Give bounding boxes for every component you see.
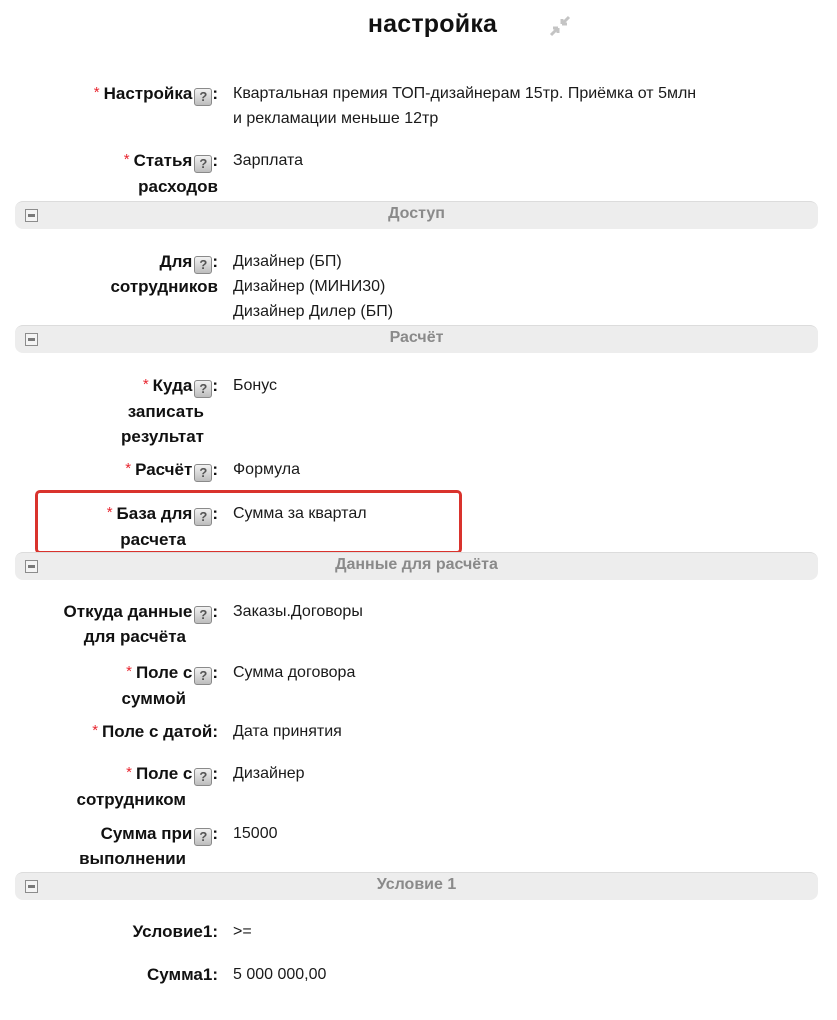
label-text: Поле с [136,663,192,682]
label-text: расходов [8,174,218,199]
label-text: Откуда данные [64,602,193,621]
help-icon[interactable]: ? [194,88,212,106]
label-text: записать [8,399,218,424]
label-text: Куда [153,376,193,395]
label-text: для расчёта [8,624,218,649]
sum-field-value: Сумма договора [233,660,813,685]
required-mark: * [92,722,98,739]
label-text: Поле с [136,764,192,783]
field-label: Сумма1: [8,962,218,987]
label-text: Поле с датой [102,722,212,741]
field-label: *Поле с?: сотрудником [8,761,218,812]
label-text: Условие1 [133,922,213,941]
expense-value: Зарплата [233,148,813,173]
required-mark: * [143,376,149,393]
label-text: Статья [134,151,193,170]
field-label: Сумма при?: выполнении [8,821,218,871]
help-icon[interactable]: ? [194,508,212,526]
help-icon[interactable]: ? [194,606,212,624]
label-text: Расчёт [135,460,192,479]
field-label: Для?: сотрудников [8,249,218,299]
field-label: *Куда?: записать результат [8,373,218,449]
value-line: и рекламации меньше 12тр [233,106,813,131]
section-header-condition-1[interactable]: Условие 1 [15,872,818,900]
label-text: расчета [8,527,218,552]
required-mark: * [125,460,131,477]
help-icon[interactable]: ? [194,256,212,274]
field-label: *Поле с?: суммой [8,660,218,711]
label-text: суммой [8,686,218,711]
label-text: результат [8,424,218,449]
label-text: Сумма1 [147,965,212,984]
result-target-value: Бонус [233,373,813,398]
employees-value: Дизайнер (БП) Дизайнер (МИНИ30) Дизайнер… [233,249,813,324]
value-line: Дизайнер (МИНИ30) [233,274,813,299]
required-mark: * [124,151,130,168]
label-text: сотрудников [8,274,218,299]
label-text: сотрудником [8,787,218,812]
label-text: выполнении [8,846,218,871]
field-label: Условие1: [8,919,218,944]
data-source-value: Заказы.Договоры [233,599,813,624]
section-header-access[interactable]: Доступ [15,201,818,229]
section-header-calculation[interactable]: Расчёт [15,325,818,353]
collapse-arrows-icon[interactable] [549,15,571,37]
help-icon[interactable]: ? [194,667,212,685]
value-line: Дизайнер (БП) [233,249,813,274]
amount-on-completion-value: 15000 [233,821,813,846]
help-icon[interactable]: ? [194,828,212,846]
section-title: Расчёт [15,329,818,347]
required-mark: * [126,663,132,680]
required-mark: * [94,84,100,101]
page-title: настройка [0,10,837,39]
help-icon[interactable]: ? [194,155,212,173]
section-title: Доступ [15,205,818,223]
section-title: Данные для расчёта [15,556,818,574]
calculation-value: Формула [233,457,813,482]
value-line: Дизайнер Дилер (БП) [233,299,813,324]
help-icon[interactable]: ? [194,768,212,786]
field-label: Откуда данные?: для расчёта [8,599,218,649]
label-text: Сумма при [101,824,193,843]
section-title: Условие 1 [15,876,818,894]
label-text: База для [117,504,193,523]
label-text: Для [159,252,192,271]
calc-base-value: Сумма за квартал [233,501,813,526]
required-mark: * [126,764,132,781]
setting-value: Квартальная премия ТОП-дизайнерам 15тр. … [233,81,813,131]
field-label: *Поле с датой: [8,719,218,745]
condition1-value: >= [233,919,813,944]
sum1-value: 5 000 000,00 [233,962,813,987]
label-text: Настройка [104,84,193,103]
section-header-calc-data[interactable]: Данные для расчёта [15,552,818,580]
field-label: *Статья?: расходов [8,148,218,199]
required-mark: * [107,504,113,521]
help-icon[interactable]: ? [194,464,212,482]
field-label: *Расчёт?: [8,457,218,483]
field-label: *База для?: расчета [8,501,218,552]
employee-field-value: Дизайнер [233,761,813,786]
help-icon[interactable]: ? [194,380,212,398]
field-label: *Настройка?: [8,81,218,107]
date-field-value: Дата принятия [233,719,813,744]
page-title-text: настройка [368,10,497,38]
value-line: Квартальная премия ТОП-дизайнерам 15тр. … [233,81,813,106]
